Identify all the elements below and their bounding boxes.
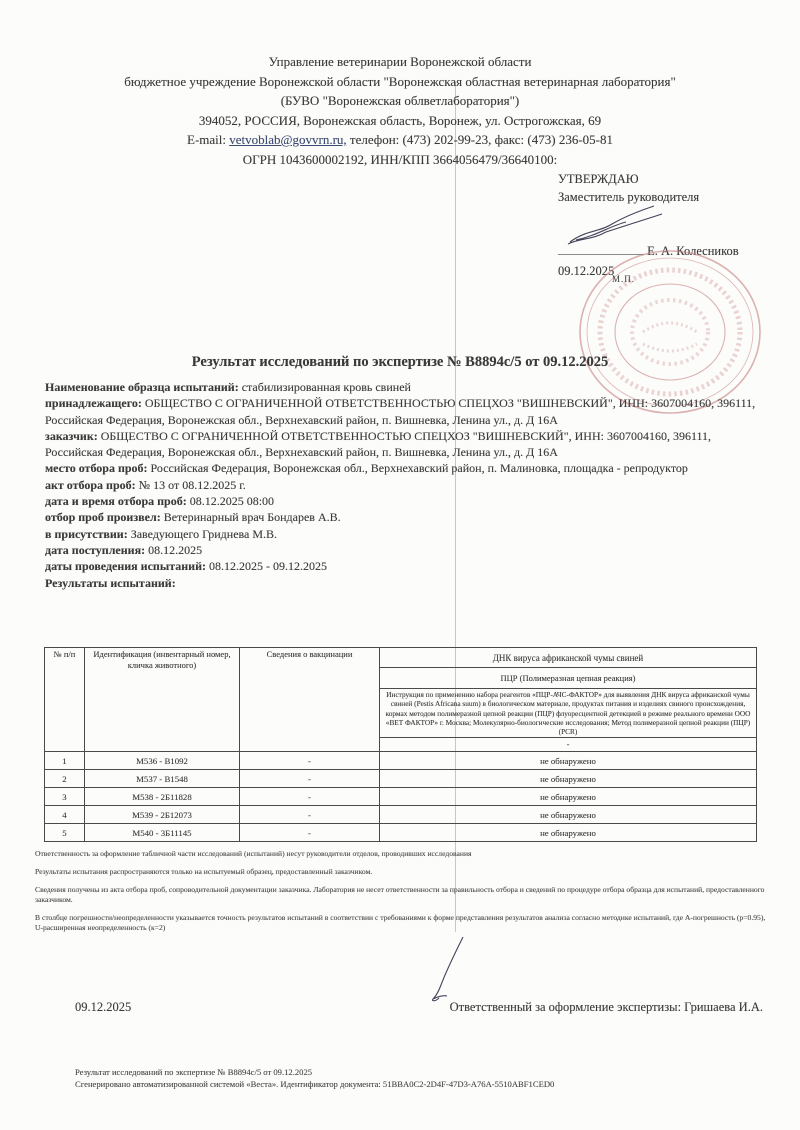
col-header-identification: Идентификация (инвентарный номер, кличка…: [85, 648, 240, 752]
row-identification: М537 - В1548: [85, 770, 240, 788]
row-vaccination: -: [240, 788, 380, 806]
approve-word: УТВЕРЖДАЮ: [558, 170, 788, 188]
field-sampling-datetime: дата и время отбора проб: 08.12.2025 08:…: [45, 493, 759, 509]
email-label: E-mail:: [187, 132, 226, 147]
field-sampling-act: акт отбора проб: № 13 от 08.12.2025 г.: [45, 477, 759, 493]
row-identification: М538 - 2Б11828: [85, 788, 240, 806]
results-table: № п/п Идентификация (инвентарный номер, …: [44, 647, 756, 842]
row-vaccination: -: [240, 806, 380, 824]
org-name-line1: Управление ветеринарии Воронежской облас…: [40, 52, 760, 72]
row-result: не обнаружено: [380, 806, 757, 824]
org-name-line3: (БУВО "Воронежская облветлаборатория"): [40, 91, 760, 111]
table-row: 3 М538 - 2Б11828 - не обнаружено: [45, 788, 757, 806]
row-vaccination: -: [240, 824, 380, 842]
stamp-place-label: М.П.: [612, 274, 635, 284]
org-header: Управление ветеринарии Воронежской облас…: [40, 52, 760, 169]
col-header-method: ПЦР (Полимеразная цепная реакция): [380, 668, 757, 689]
field-sampler: отбор проб произвел: Ветеринарный врач Б…: [45, 509, 759, 525]
row-number: 1: [45, 752, 85, 770]
table-row: 5 М540 - 3Б11145 - не обнаружено: [45, 824, 757, 842]
row-result: не обнаружено: [380, 824, 757, 842]
row-vaccination: -: [240, 752, 380, 770]
row-number: 3: [45, 788, 85, 806]
org-ogrn-inn: ОГРН 1043600002192, ИНН/КПП 3664056479/3…: [40, 150, 760, 170]
table-row: 1 М536 - В1092 - не обнаружено: [45, 752, 757, 770]
responsible-person: Ответственный за оформление экспертизы: …: [450, 1000, 763, 1015]
org-address: 394052, РОССИЯ, Воронежская область, Вор…: [40, 111, 760, 131]
row-vaccination: -: [240, 770, 380, 788]
phone-fax: телефон: (473) 202-99-23, факс: (473) 23…: [350, 132, 613, 147]
col-header-disease: ДНК вируса африканской чумы свиней: [380, 648, 757, 668]
table-row: 4 М539 - 2Б12073 - не обнаружено: [45, 806, 757, 824]
footnote: Ответственность за оформление табличной …: [35, 849, 770, 859]
scanned-document-page: Управление ветеринарии Воронежской облас…: [0, 0, 800, 1130]
results-heading: Результаты испытаний:: [45, 575, 759, 591]
row-number: 4: [45, 806, 85, 824]
email-value: vetvoblab@govvrn.ru,: [229, 132, 346, 147]
row-result: не обнаружено: [380, 788, 757, 806]
field-testing-dates: даты проведения испытаний: 08.12.2025 - …: [45, 558, 759, 574]
field-sample-name: Наименование образца испытаний: стабилиз…: [45, 379, 759, 395]
row-number: 5: [45, 824, 85, 842]
row-result: не обнаружено: [380, 770, 757, 788]
field-owner: принадлежащего: ОБЩЕСТВО С ОГРАНИЧЕННОЙ …: [45, 395, 759, 428]
org-contacts: E-mail: vetvoblab@govvrn.ru, телефон: (4…: [40, 130, 760, 150]
row-identification: М540 - 3Б11145: [85, 824, 240, 842]
row-identification: М539 - 2Б12073: [85, 806, 240, 824]
col-header-vaccination: Сведения о вакцинации: [240, 648, 380, 752]
result-subheader-dash: -: [380, 738, 757, 752]
approver-signature-icon: [566, 202, 686, 248]
footnote: Результаты испытания распространяются то…: [35, 867, 770, 877]
field-sampling-place: место отбора проб: Российская Федерация,…: [45, 460, 759, 476]
col-header-number: № п/п: [45, 648, 85, 752]
row-identification: М536 - В1092: [85, 752, 240, 770]
footer-generated-by: Сгенерировано автоматизированной системо…: [75, 1078, 775, 1090]
row-result: не обнаружено: [380, 752, 757, 770]
footer-expertise-ref: Результат исследований по экспертизе № В…: [75, 1066, 775, 1078]
footnote: В столбце погрешности/неопределенности у…: [35, 913, 770, 933]
col-header-method-details: Инструкция по применению набора реагенто…: [380, 689, 757, 738]
responsible-signature-icon: [425, 935, 475, 1005]
footnotes: Ответственность за оформление табличной …: [35, 849, 770, 941]
field-customer: заказчик: ОБЩЕСТВО С ОГРАНИЧЕННОЙ ОТВЕТС…: [45, 428, 759, 461]
document-footer: Результат исследований по экспертизе № В…: [75, 1066, 775, 1090]
signoff-date: 09.12.2025: [75, 1000, 131, 1015]
org-name-line2: бюджетное учреждение Воронежской области…: [40, 72, 760, 92]
row-number: 2: [45, 770, 85, 788]
table-row: 2 М537 - В1548 - не обнаружено: [45, 770, 757, 788]
field-witness: в присутствии: Заведующего Гриднева М.В.: [45, 526, 759, 542]
field-receipt-date: дата поступления: 08.12.2025: [45, 542, 759, 558]
approval-block: УТВЕРЖДАЮ Заместитель руководителя Е. А.…: [558, 170, 788, 280]
footnote: Сведения получены из акта отбора проб, с…: [35, 885, 770, 905]
document-title: Результат исследований по экспертизе № В…: [0, 354, 800, 371]
approval-date: 09.12.2025: [558, 262, 788, 280]
sample-fields: Наименование образца испытаний: стабилиз…: [45, 379, 759, 591]
